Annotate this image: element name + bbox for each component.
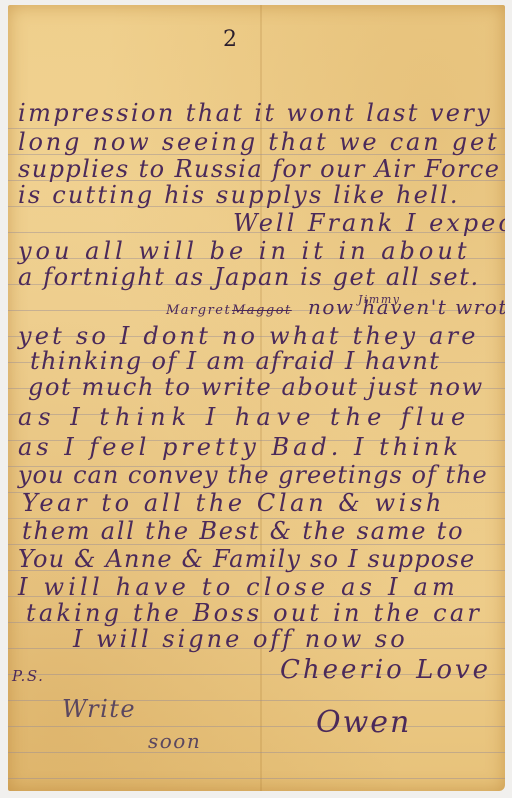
letter-line-6: you all will be in it in about [18,237,470,265]
letter-line-11: got much to write about just now [28,373,484,401]
letter-line-19: taking the Boss out in the car [26,599,482,627]
struck-word: Maggot [232,303,292,318]
letter-line-18: I will have to close as I am [18,573,459,601]
inserted-name: Margret [166,303,231,318]
postscript-text-soon: soon [148,729,201,753]
postscript-text-write: Write [62,695,136,723]
letter-line-12: as I think I have the flue [18,403,471,431]
ruled-line [8,752,505,753]
letter-line-4: is cutting his supplys like hell. [18,181,460,209]
signature: Owen [316,705,411,740]
letter-line-10: thinking of I am afraid I havnt [30,347,440,375]
ruled-line [8,726,505,727]
letter-line-14: you can convey the greetings of the [18,461,488,489]
letter-line-20: I will signe off now so [73,625,408,653]
letter-line-7: a fortnight as Japan is get all set. [18,263,480,291]
letter-line-2: long now seeing that we can get [18,128,499,156]
letter-line-5: Well Frank I expect [233,209,505,237]
letter-line-15: Year to all the Clan & wish [22,489,445,517]
letter-line-13: as I feel pretty Bad. I think [18,433,462,461]
letter-line-17: You & Anne & Family so I suppose [18,545,475,573]
letter-page: 2 impression that it wont last very long… [8,5,505,791]
closing-salutation: Cheerio Love [280,655,491,685]
letter-line-1: impression that it wont last very [18,99,492,127]
letter-line-16: them all the Best & the same to [22,517,464,545]
page-number: 2 [223,27,239,52]
letter-line-9: yet so I dont no what they are [18,322,479,350]
letter-line-3: supplies to Russia for our Air Force [18,155,500,183]
postscript-label: P.S. [12,667,44,685]
letter-line-8: now haven't wrote [308,295,505,319]
ruled-line [8,778,505,779]
